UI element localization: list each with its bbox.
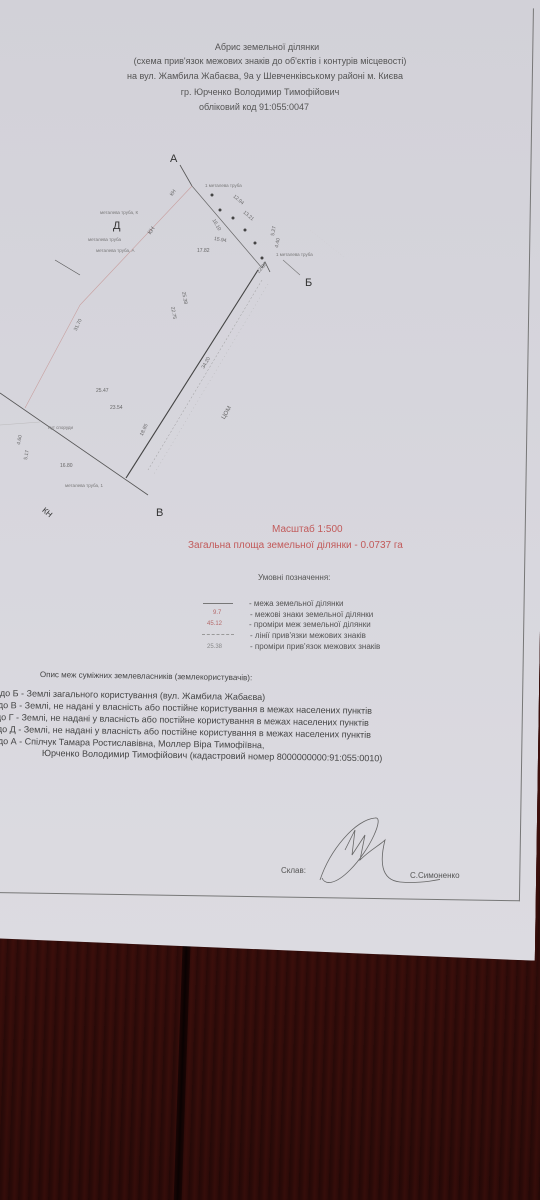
- pipe-v-note: металева труба, 1: [65, 483, 103, 488]
- legend-boundary-symbol: [203, 603, 233, 604]
- legend-item-binding-measures: - проміри прив'язок межових знаків: [250, 642, 380, 651]
- measure-m1: 25.47: [96, 388, 109, 394]
- legend-binding-line-symbol: [202, 634, 234, 635]
- point-a-label: А: [170, 153, 177, 165]
- pipe-d1-note: металева труба, К: [100, 210, 138, 215]
- legend-item-markers: - межові знаки земельної ділянки: [250, 610, 373, 619]
- point-v-label: В: [156, 507, 163, 519]
- measure-m2: 23.54: [110, 405, 123, 411]
- pipe-b-note: 1 металева труба: [276, 252, 313, 257]
- pipe-a-note: 1 металева труба: [205, 183, 242, 188]
- compiler-name: С.Симоненко: [410, 871, 460, 880]
- point-d-label: Д: [113, 220, 120, 232]
- legend-item-binding-lines: - лінії прив'язки межових знаків: [250, 631, 366, 640]
- measure-v2: 16.80: [60, 463, 73, 469]
- point-b-label: Б: [305, 277, 312, 289]
- well-note: Кут споруди: [48, 425, 73, 430]
- legend-measure-symbol: 45.12: [207, 621, 222, 627]
- pipe-d2-note: металева труба: [88, 237, 121, 242]
- legend-binding-measure-symbol: 25.38: [207, 644, 222, 650]
- legend-item-boundary: - межа земельної ділянки: [249, 599, 343, 608]
- scale-label: Масштаб 1:500: [272, 524, 343, 535]
- measure-a3: 17.82: [197, 248, 210, 254]
- area-label: Загальна площа земельної ділянки - 0.073…: [188, 540, 403, 551]
- legend-item-measures: - проміри меж земельної ділянки: [249, 620, 371, 629]
- plot-diagram: [0, 0, 540, 520]
- legend-title: Умовні позначення:: [258, 573, 330, 582]
- compiled-by-label: Склав:: [281, 866, 306, 875]
- legend-marker-symbol: 9.7: [213, 610, 221, 616]
- pipe-d3-note: металева труба, А: [96, 248, 134, 253]
